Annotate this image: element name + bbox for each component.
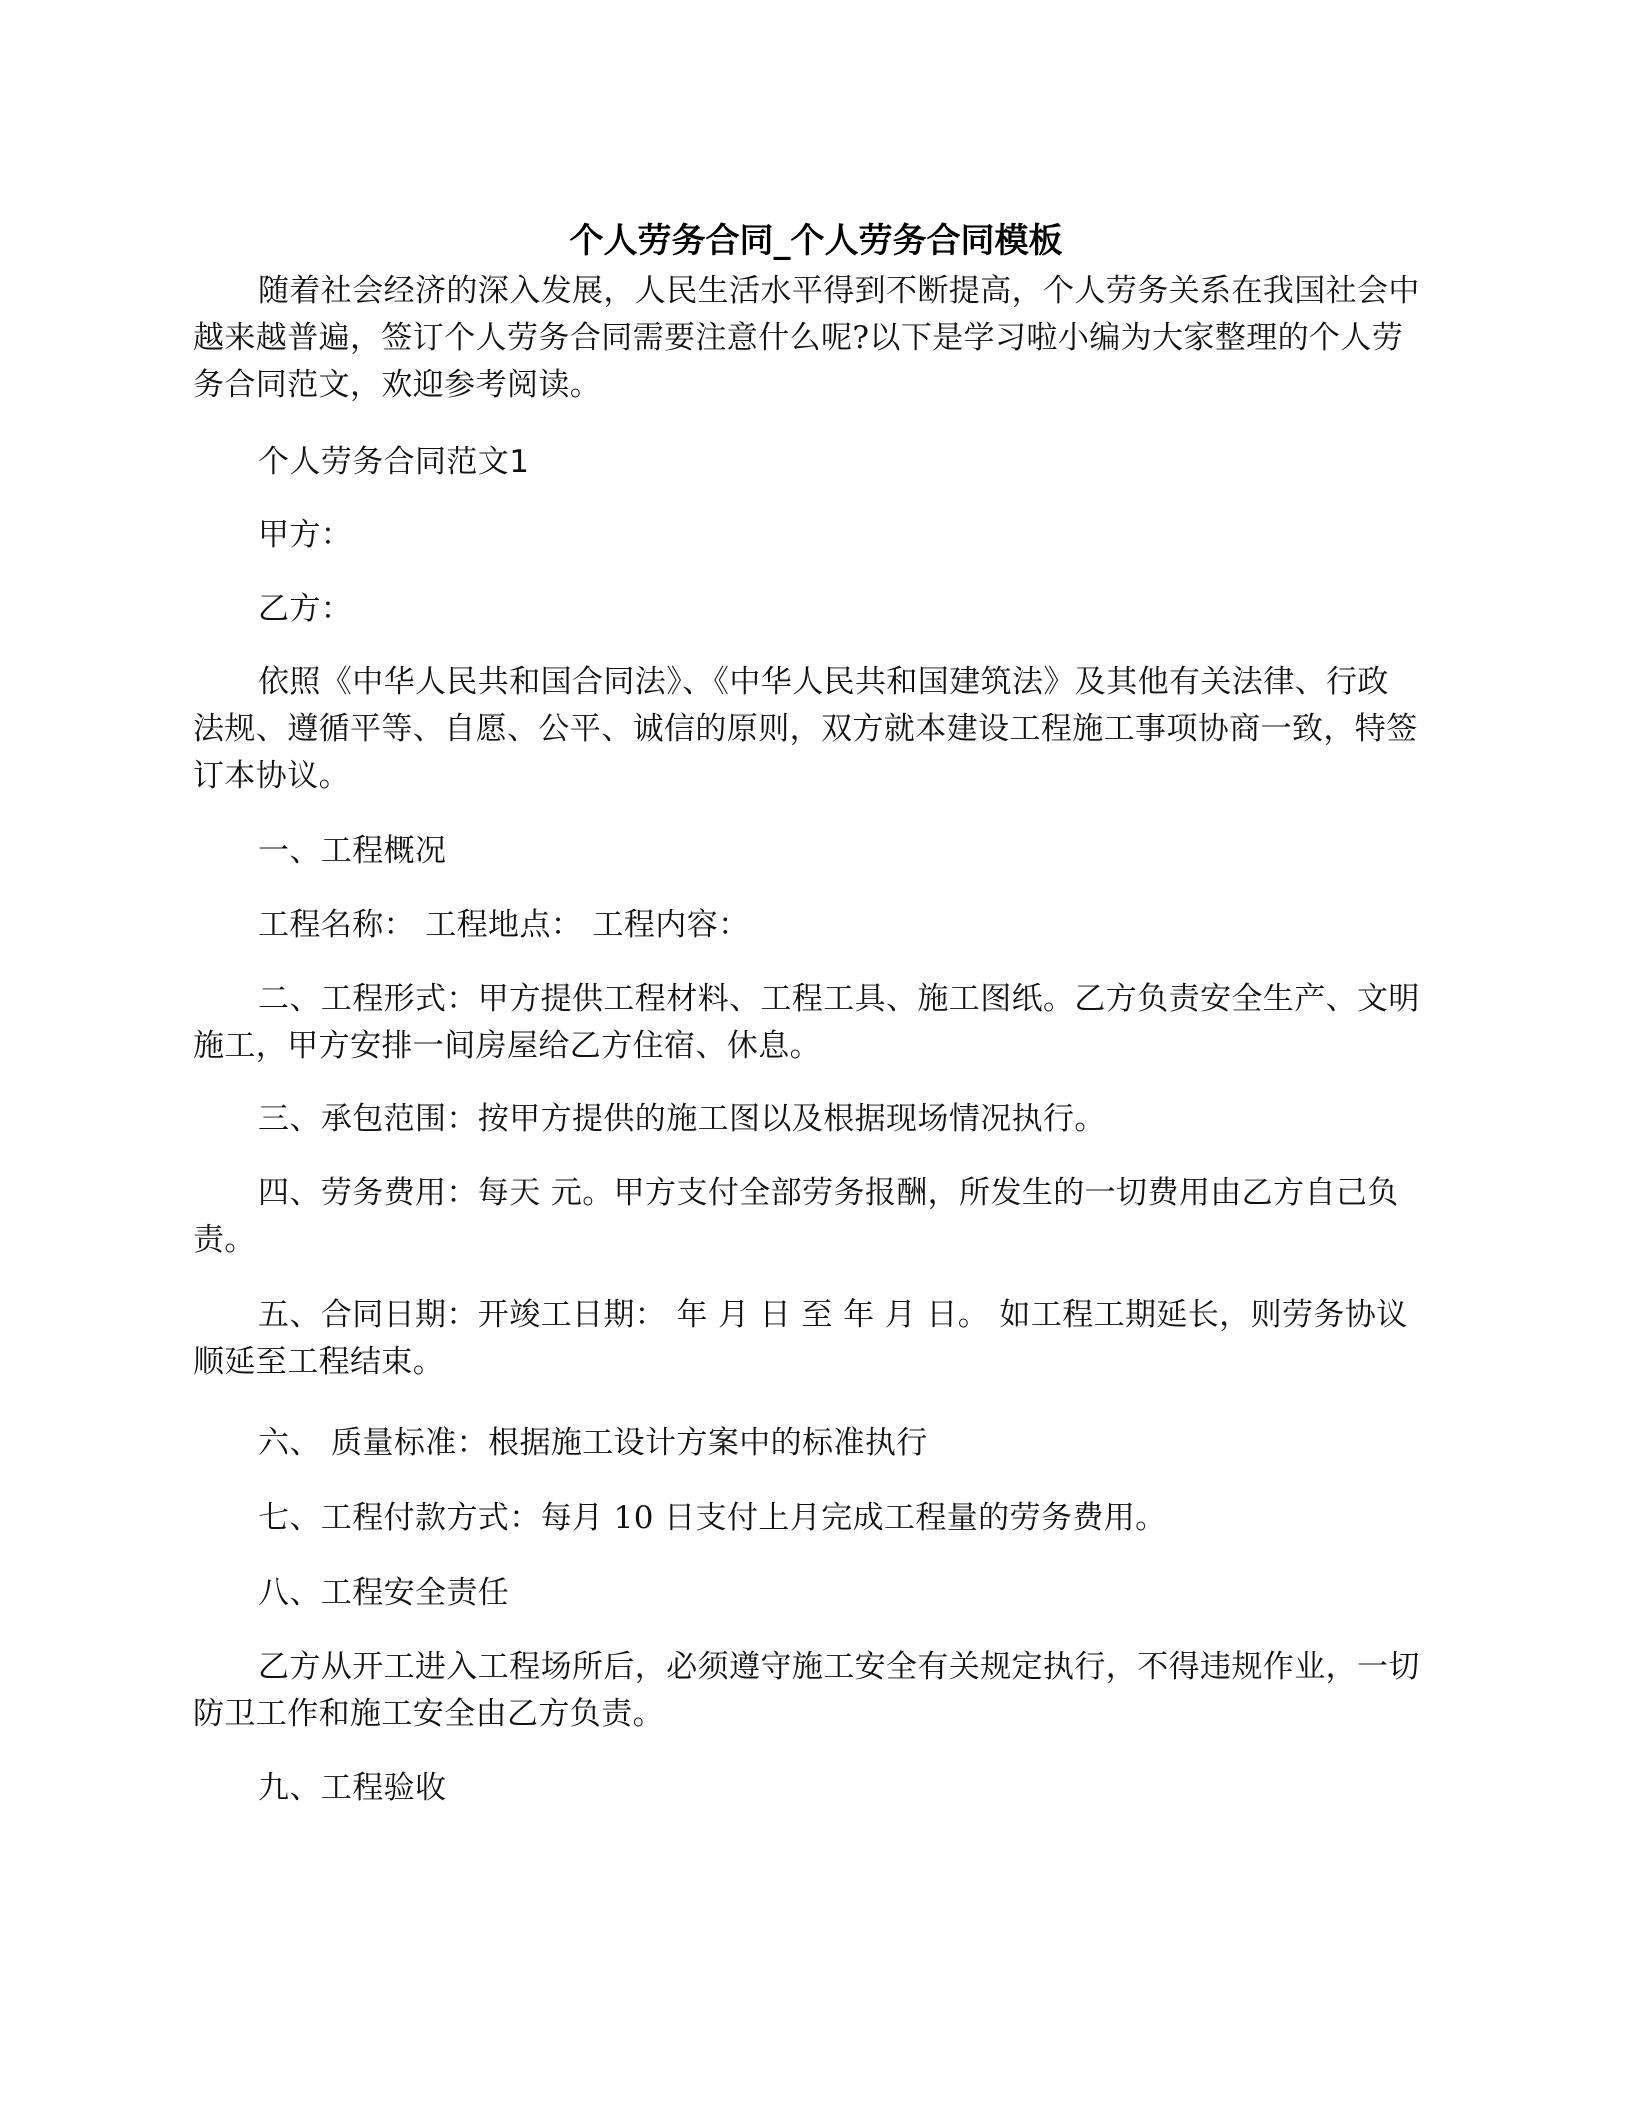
text-line: 依照《中华人民共和国合同法》、《中华人民共和国建筑法》及其他有关法律、行政 (193, 659, 1443, 706)
text-line: 二、工程形式：甲方提供工程材料、工程工具、施工图纸。乙方负责安全生产、文明 (193, 976, 1443, 1023)
text-line: 六、 质量标准：根据施工设计方案中的标准执行 (193, 1420, 1443, 1467)
text-line: 个人劳务合同范文1 (193, 439, 1443, 486)
paragraph-intro: 随着社会经济的深入发展，人民生活水平得到不断提高，个人劳务关系在我国社会中越来越… (193, 268, 1443, 409)
text-line: 七、工程付款方式：每月 10 日支付上月完成工程量的劳务费用。 (193, 1495, 1443, 1542)
paragraph-safety-clause: 乙方从开工进入工程场所后，必须遵守施工安全有关规定执行，不得违规作业，一切防卫工… (193, 1644, 1443, 1738)
text-line: 一、工程概况 (193, 828, 1443, 875)
text-line: 顺延至工程结束。 (193, 1339, 1443, 1386)
paragraph-project-info: 工程名称： 工程地点： 工程内容： (193, 902, 1443, 949)
paragraph-section-6: 六、 质量标准：根据施工设计方案中的标准执行 (193, 1420, 1443, 1467)
paragraph-section-2: 二、工程形式：甲方提供工程材料、工程工具、施工图纸。乙方负责安全生产、文明施工，… (193, 976, 1443, 1070)
section-heading: 个人劳务合同范文1 (193, 439, 1443, 486)
paragraph-section-7: 七、工程付款方式：每月 10 日支付上月完成工程量的劳务费用。 (193, 1495, 1443, 1542)
paragraph-section-4: 四、劳务费用：每天 元。甲方支付全部劳务报酬，所发生的一切费用由乙方自己负责。 (193, 1170, 1443, 1264)
document-page: 个人劳务合同_个人劳务合同模板 随着社会经济的深入发展，人民生活水平得到不断提高… (0, 0, 1632, 2112)
text-line: 责。 (193, 1217, 1443, 1264)
text-line: 四、劳务费用：每天 元。甲方支付全部劳务报酬，所发生的一切费用由乙方自己负 (193, 1170, 1443, 1217)
text-line: 施工，甲方安排一间房屋给乙方住宿、休息。 (193, 1023, 1443, 1070)
paragraph-section-8: 八、工程安全责任 (193, 1570, 1443, 1617)
paragraph-preamble: 依照《中华人民共和国合同法》、《中华人民共和国建筑法》及其他有关法律、行政法规、… (193, 659, 1443, 800)
text-line: 五、合同日期：开竣工日期： 年 月 日 至 年 月 日。 如工程工期延长，则劳务… (193, 1292, 1443, 1339)
text-line: 乙方： (193, 586, 1443, 633)
text-line: 务合同范文，欢迎参考阅读。 (193, 362, 1443, 409)
paragraph-section-1: 一、工程概况 (193, 828, 1443, 875)
document-title: 个人劳务合同_个人劳务合同模板 (0, 219, 1632, 263)
paragraph-party-a: 甲方： (193, 512, 1443, 559)
text-line: 法规、遵循平等、自愿、公平、诚信的原则，双方就本建设工程施工事项协商一致，特签 (193, 706, 1443, 753)
text-line: 订本协议。 (193, 753, 1443, 800)
text-line: 三、承包范围：按甲方提供的施工图以及根据现场情况执行。 (193, 1096, 1443, 1143)
text-line: 乙方从开工进入工程场所后，必须遵守施工安全有关规定执行，不得违规作业，一切 (193, 1644, 1443, 1691)
text-line: 随着社会经济的深入发展，人民生活水平得到不断提高，个人劳务关系在我国社会中 (193, 268, 1443, 315)
paragraph-party-b: 乙方： (193, 586, 1443, 633)
text-line: 越来越普遍，签订个人劳务合同需要注意什么呢?以下是学习啦小编为大家整理的个人劳 (193, 315, 1443, 362)
text-line: 工程名称： 工程地点： 工程内容： (193, 902, 1443, 949)
text-line: 九、工程验收 (193, 1765, 1443, 1812)
paragraph-section-9: 九、工程验收 (193, 1765, 1443, 1812)
text-line: 甲方： (193, 512, 1443, 559)
paragraph-section-3: 三、承包范围：按甲方提供的施工图以及根据现场情况执行。 (193, 1096, 1443, 1143)
text-line: 八、工程安全责任 (193, 1570, 1443, 1617)
text-line: 防卫工作和施工安全由乙方负责。 (193, 1691, 1443, 1738)
paragraph-section-5: 五、合同日期：开竣工日期： 年 月 日 至 年 月 日。 如工程工期延长，则劳务… (193, 1292, 1443, 1386)
